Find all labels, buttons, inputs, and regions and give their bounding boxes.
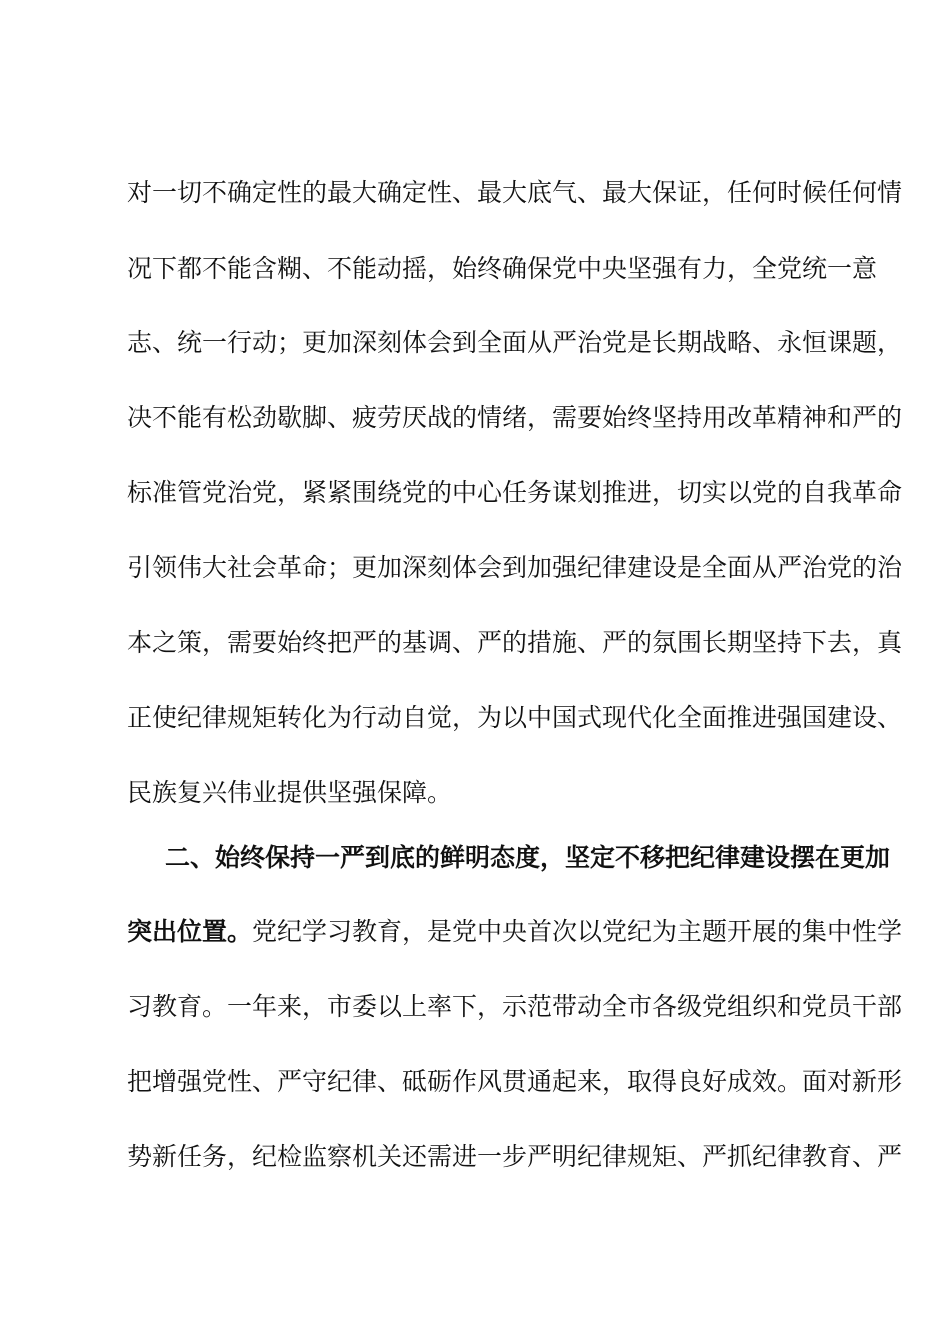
paragraph-line: 正使纪律规矩转化为行动自觉，为以中国式现代化全面推进强国建设、 — [127, 703, 829, 733]
section-heading-end: 突出位置。 — [127, 917, 252, 946]
paragraph-line: 对一切不确定性的最大确定性、最大底气、最大保证，任何时候任何情 — [127, 178, 829, 208]
paragraph-text: 党纪学习教育，是党中央首次以党纪为主题开展的集中性学 — [252, 917, 902, 946]
paragraph-line: 本之策，需要始终把严的基调、严的措施、严的氛围长期坚持下去，真 — [127, 628, 829, 658]
paragraph-line: 标准管党治党，紧紧围绕党的中心任务谋划推进，切实以党的自我革命 — [127, 478, 829, 508]
paragraph-line: 势新任务，纪检监察机关还需进一步严明纪律规矩、严抓纪律教育、严 — [127, 1142, 829, 1172]
paragraph-line-last: 民族复兴伟业提供坚强保障。 — [127, 778, 829, 808]
paragraph-line: 习教育。一年来，市委以上率下，示范带动全市各级党组织和党员干部 — [127, 992, 829, 1022]
section-heading: 二、始终保持一严到底的鲜明态度，坚定不移把纪律建设摆在更加 — [165, 843, 829, 873]
paragraph-line: 况下都不能含糊、不能动摇，始终确保党中央坚强有力，全党统一意 — [127, 254, 829, 284]
paragraph-line: 志、统一行动；更加深刻体会到全面从严治党是长期战略、永恒课题， — [127, 328, 829, 358]
document-page: 对一切不确定性的最大确定性、最大底气、最大保证，任何时候任何情 况下都不能含糊、… — [0, 0, 950, 1344]
paragraph-line: 把增强党性、严守纪律、砥砺作风贯通起来，取得良好成效。面对新形 — [127, 1067, 829, 1097]
paragraph-line: 决不能有松劲歇脚、疲劳厌战的情绪，需要始终坚持用改革精神和严的 — [127, 403, 829, 433]
paragraph-line-mixed: 突出位置。党纪学习教育，是党中央首次以党纪为主题开展的集中性学 — [127, 917, 829, 947]
paragraph-line: 引领伟大社会革命；更加深刻体会到加强纪律建设是全面从严治党的治 — [127, 553, 829, 583]
